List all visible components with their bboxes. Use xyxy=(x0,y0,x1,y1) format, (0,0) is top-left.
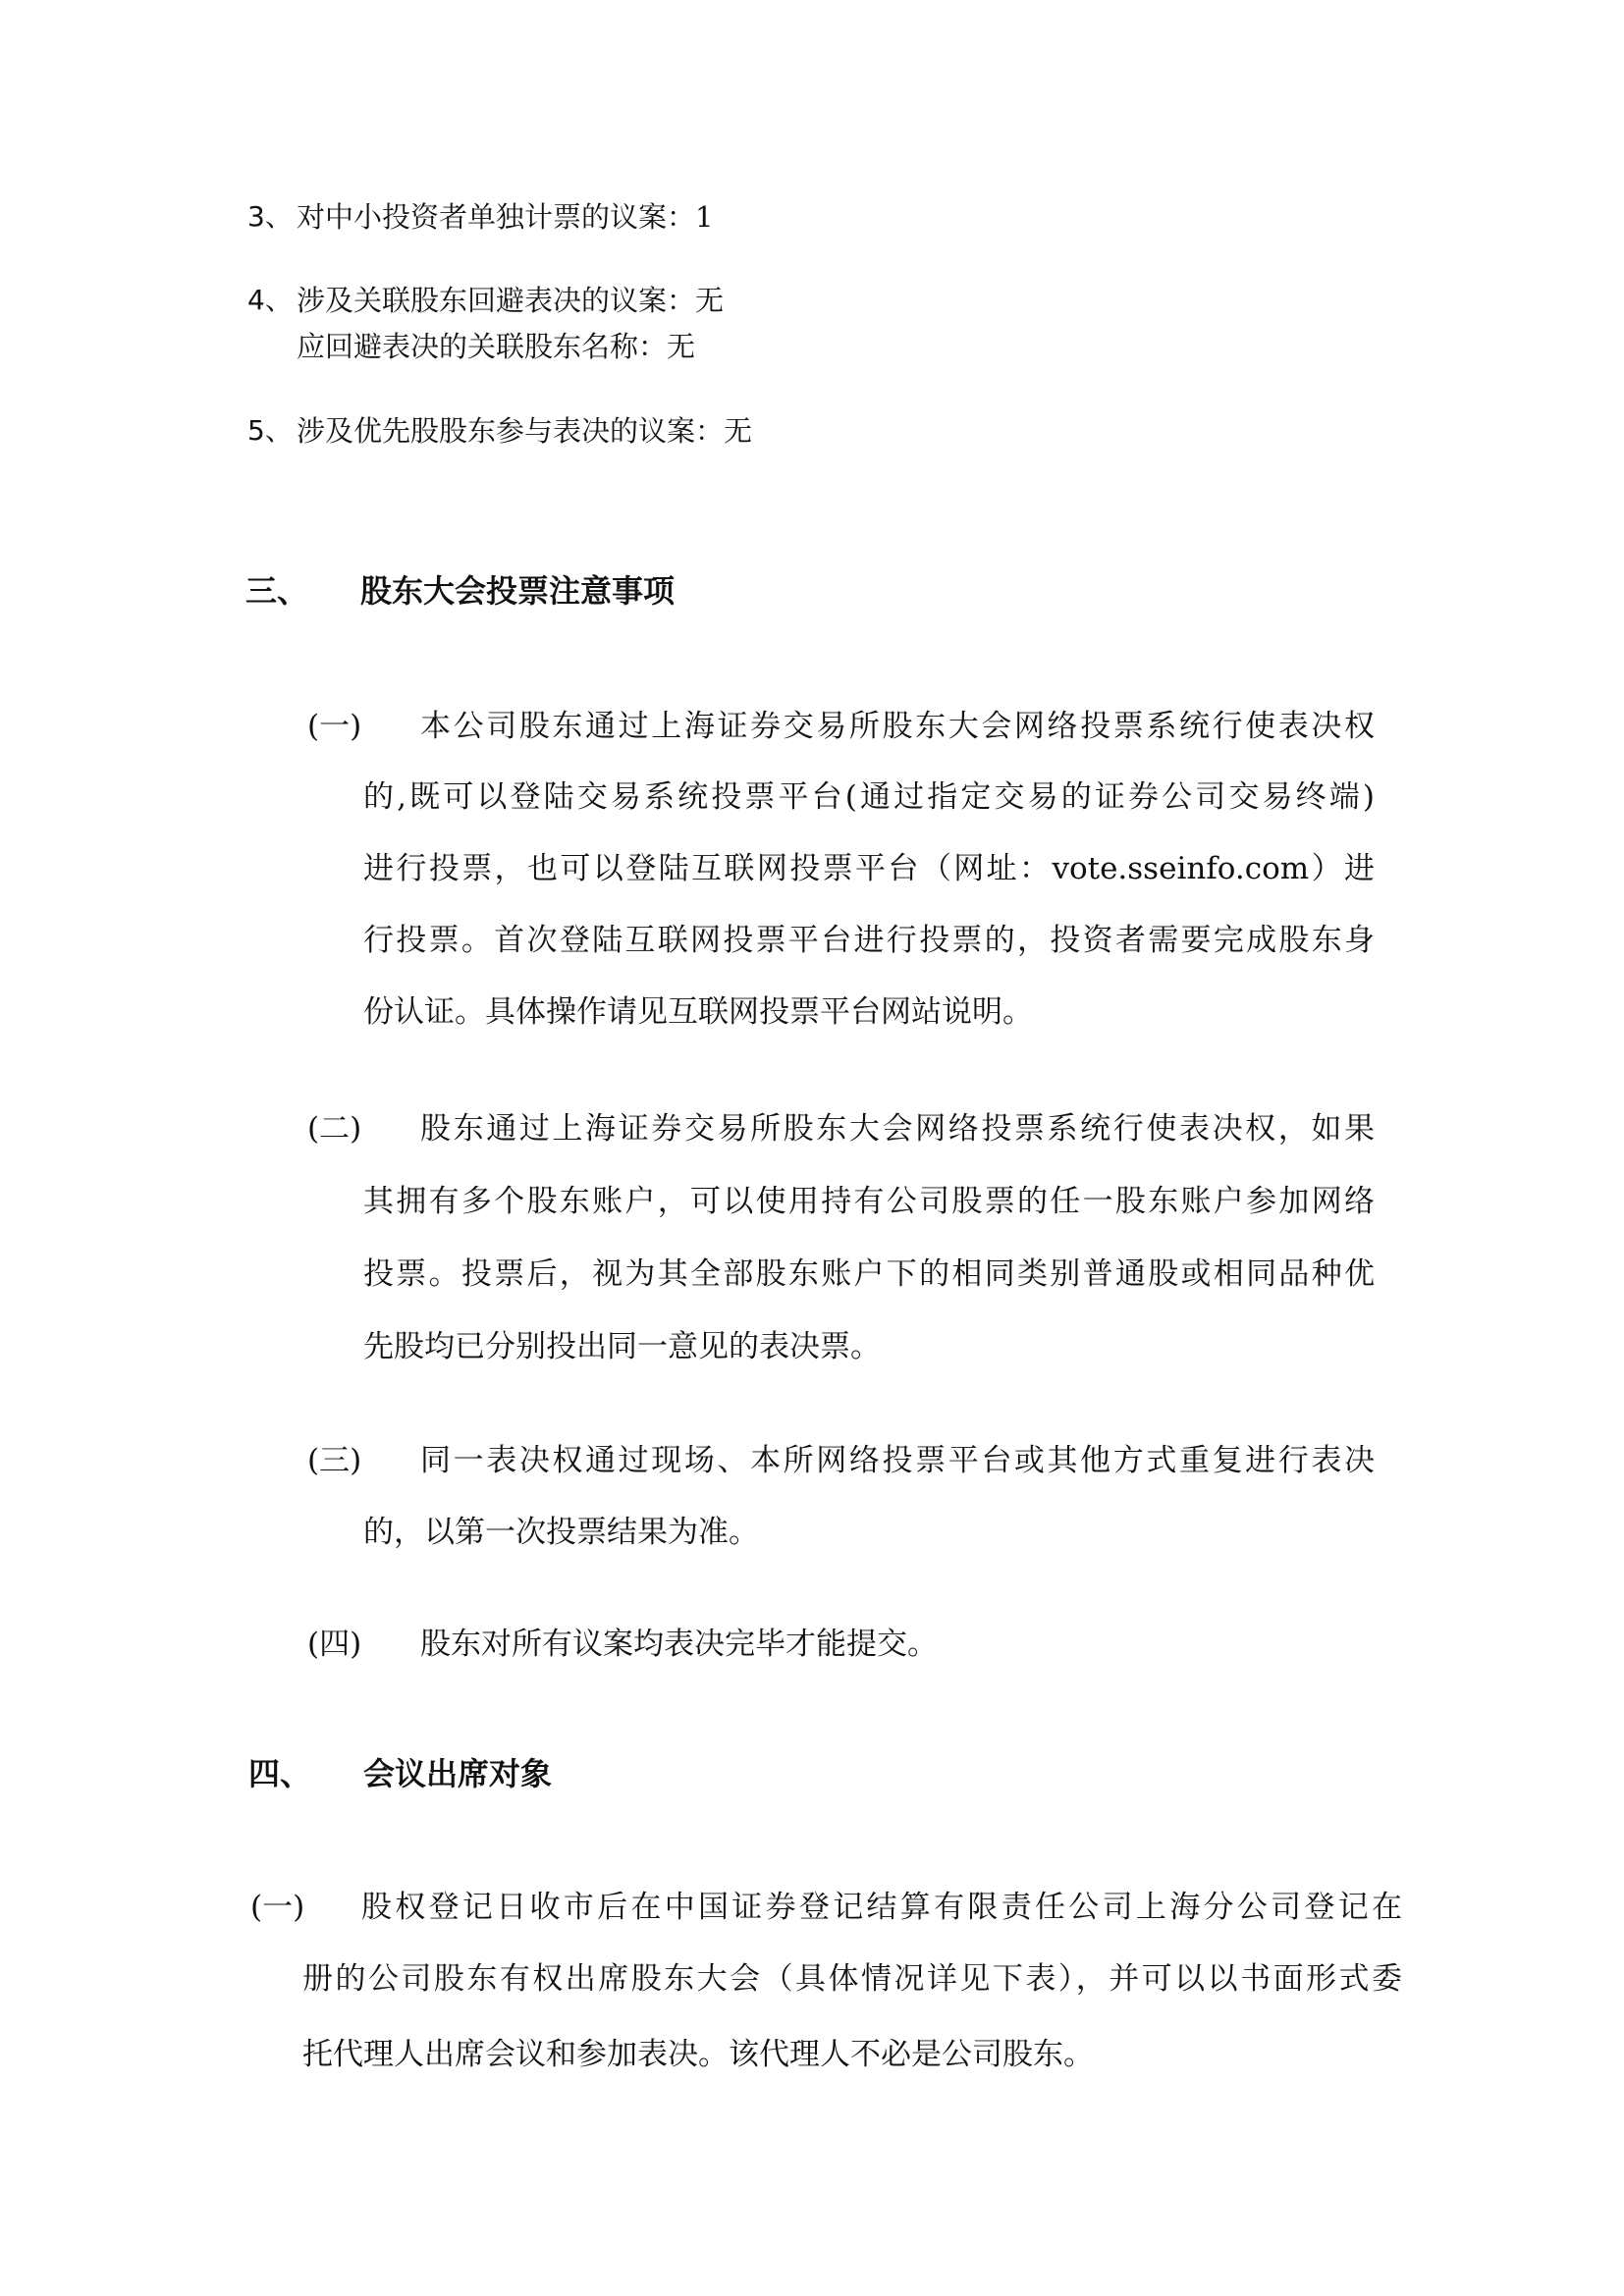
paragraph-line: 先股均已分别投出同一意见的表决票。 xyxy=(363,1332,881,1362)
item-text: 应回避表决的关联股东名称：无 xyxy=(297,333,695,361)
paragraph-label: (四) xyxy=(307,1629,361,1660)
item-text: 涉及关联股东回避表决的议案：无 xyxy=(297,287,724,315)
section-title: 会议出席对象 xyxy=(363,1758,552,1789)
paragraph-line: 投票。投票后，视为其全部股东账户下的相同类别普通股或相同品种优 xyxy=(363,1259,1375,1290)
item-text: 对中小投资者单独计票的议案：1 xyxy=(297,203,713,232)
item-number: 4、 xyxy=(247,287,293,314)
paragraph-line: 份认证。具体操作请见互联网投票平台网站说明。 xyxy=(363,997,1033,1028)
paragraph-line: 股东对所有议案均表决完毕才能提交。 xyxy=(420,1629,938,1660)
paragraph-line: 行投票。首次登陆互联网投票平台进行投票的，投资者需要完成股东身 xyxy=(363,926,1375,956)
paragraph-line: 册的公司股东有权出席股东大会（具体情况详见下表），并可以以书面形式委 xyxy=(302,1964,1402,1995)
item-number: 5、 xyxy=(247,417,293,445)
section-number: 三、 xyxy=(245,575,308,607)
paragraph-line: 本公司股东通过上海证券交易所股东大会网络投票系统行使表决权 xyxy=(420,712,1375,742)
section-title: 股东大会投票注意事项 xyxy=(360,575,675,607)
paragraph-line: 股东通过上海证券交易所股东大会网络投票系统行使表决权，如果 xyxy=(420,1114,1375,1145)
paragraph-label: (一) xyxy=(307,712,361,742)
item-text: 涉及优先股股东参与表决的议案：无 xyxy=(297,417,752,446)
paragraph-line: 的，以第一次投票结果为准。 xyxy=(363,1518,759,1548)
paragraph-line: 同一表决权通过现场、本所网络投票平台或其他方式重复进行表决 xyxy=(420,1446,1375,1476)
section-number: 四、 xyxy=(248,1758,311,1789)
item-number: 3、 xyxy=(247,203,293,231)
paragraph-label: (三) xyxy=(307,1446,361,1476)
paragraph-label: (二) xyxy=(307,1114,361,1145)
paragraph-line: 的,既可以登陆交易系统投票平台(通过指定交易的证券公司交易终端) xyxy=(363,782,1375,813)
paragraph-line: 进行投票，也可以登陆互联网投票平台（网址：vote.sseinfo.com）进 xyxy=(363,854,1375,884)
paragraph-label: (一) xyxy=(250,1893,304,1923)
paragraph-line: 其拥有多个股东账户，可以使用持有公司股票的任一股东账户参加网络 xyxy=(363,1187,1375,1217)
paragraph-line: 托代理人出席会议和参加表决。该代理人不必是公司股东。 xyxy=(302,2040,1094,2070)
paragraph-line: 股权登记日收市后在中国证券登记结算有限责任公司上海分公司登记在 xyxy=(361,1893,1402,1923)
